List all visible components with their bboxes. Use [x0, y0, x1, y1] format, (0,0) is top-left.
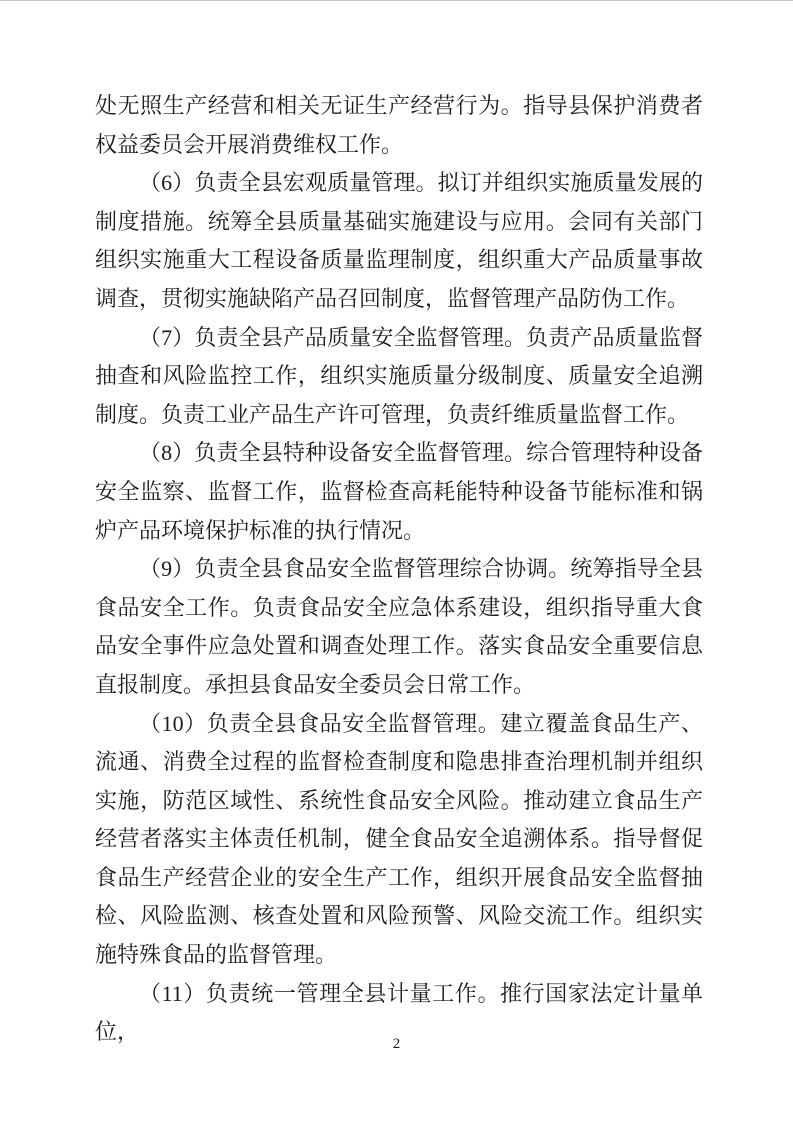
paragraph: （10）负责全县食品安全监督管理。建立覆盖食品生产、流通、消费全过程的监督检查制…	[95, 705, 703, 975]
paragraph: （8）负责全县特种设备安全监督管理。综合管理特种设备安全监察、监督工作，监督检查…	[95, 434, 703, 550]
paragraph: 处无照生产经营和相关无证生产经营行为。指导县保护消费者权益委员会开展消费维权工作…	[95, 87, 703, 164]
paragraph: （9）负责全县食品安全监督管理综合协调。统筹指导全县食品安全工作。负责食品安全应…	[95, 550, 703, 704]
paragraph: （7）负责全县产品质量安全监督管理。负责产品质量监督抽查和风险监控工作，组织实施…	[95, 319, 703, 435]
page-number: 2	[0, 1036, 793, 1053]
paragraph: （6）负责全县宏观质量管理。拟订并组织实施质量发展的制度措施。统筹全县质量基础实…	[95, 164, 703, 318]
document-body: 处无照生产经营和相关无证生产经营行为。指导县保护消费者权益委员会开展消费维权工作…	[95, 87, 703, 1052]
document-page: 处无照生产经营和相关无证生产经营行为。指导县保护消费者权益委员会开展消费维权工作…	[0, 0, 793, 1122]
